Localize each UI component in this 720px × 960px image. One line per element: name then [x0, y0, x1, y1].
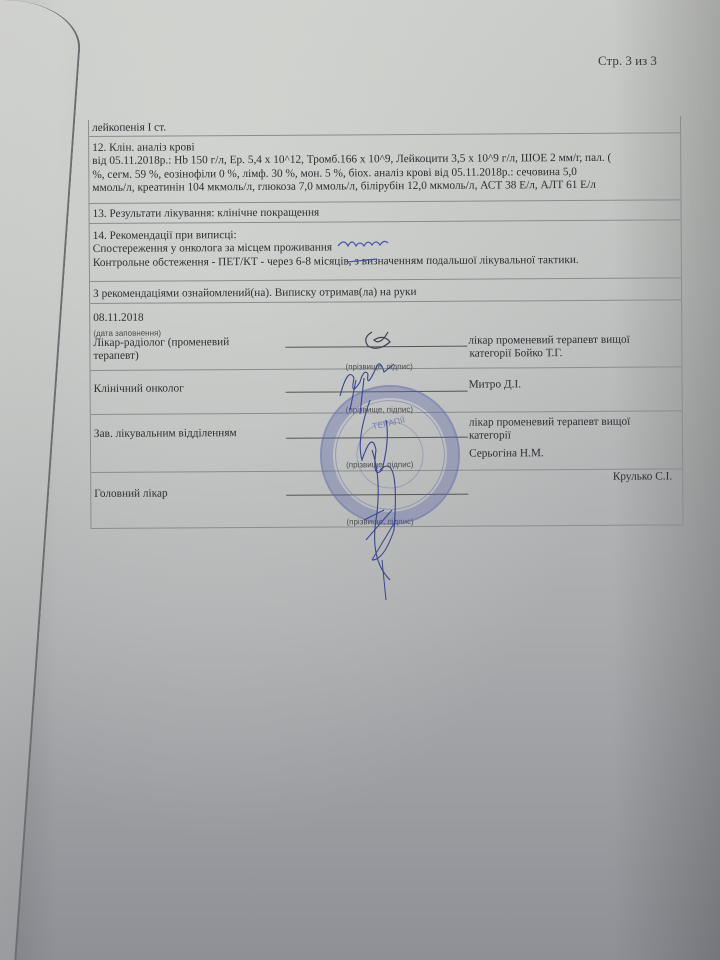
signature-row-department-head: Зав. лікувальним відділенням лікар проме…: [91, 411, 682, 473]
signature-row-chief-physician: Головний лікар Крулько С.І. (прізвище, п…: [91, 469, 682, 529]
signature-row-oncologist: Клінічний онколог Митро Д.І. (прізвище, …: [91, 367, 682, 415]
discharge-summary-table: лейкопенія I ст. 12. Клін. аналіз крові …: [88, 116, 683, 529]
signature-name-line: категорії Бойко Т.Г.: [468, 347, 629, 361]
signature-caption: (прізвище, підпис): [346, 458, 413, 472]
page-number: Стр. 3 из 3: [598, 53, 657, 69]
signature-role: Головний лікар: [94, 488, 167, 502]
signature-name: лікар променевий терапевт вищої категорі…: [469, 416, 631, 461]
signature-name-line: лікар променевий терапевт вищої: [468, 334, 629, 348]
signature-name-line: категорії: [469, 429, 630, 443]
signature-name: Митро Д.І.: [469, 378, 521, 392]
acknowledgement-text: З рекомендаціями ознайомлений(на). Випис…: [93, 286, 417, 300]
signature-name: лікар променевий терапевт вищої категорі…: [468, 334, 630, 362]
signature-line: [286, 391, 468, 393]
signature-role: Лікар-радіолог (променевий терапевт): [93, 336, 263, 364]
signature-name: Крулько С.І.: [613, 470, 672, 484]
recommendation-line: Контрольне обстеження - ПЕТ/КТ - через 6…: [93, 253, 678, 270]
fill-date: 08.11.2018: [93, 312, 144, 326]
blood-test-section: 12. Клін. аналіз крові від 05.11.2018р.:…: [89, 133, 680, 204]
blood-test-line: ммоль/л, креатинін 104 мкмоль/л, глюкоза…: [92, 179, 677, 196]
signature-name-line: Серьогіна Н.М.: [469, 447, 630, 461]
signature-caption: (прізвище, підпис): [346, 515, 413, 529]
leukopenia-text: лейкопенія I ст.: [92, 122, 166, 134]
signature-name-line: лікар променевий терапевт вищої: [469, 416, 630, 430]
signature-row-radiologist: 08.11.2018 (дата заповнення) Лікар-радіо…: [90, 300, 681, 371]
signature-line: [285, 346, 467, 348]
signature-line: [286, 437, 468, 439]
signature-role: Клінічний онколог: [94, 382, 184, 396]
signature-line: [286, 494, 468, 496]
signature-role: Зав. лікувальним відділенням: [94, 427, 237, 441]
recommendations-section: 14. Рекомендації при виписці: Спостереже…: [90, 220, 681, 282]
treatment-results-text: 13. Результати лікування: клінічне покра…: [93, 207, 320, 220]
